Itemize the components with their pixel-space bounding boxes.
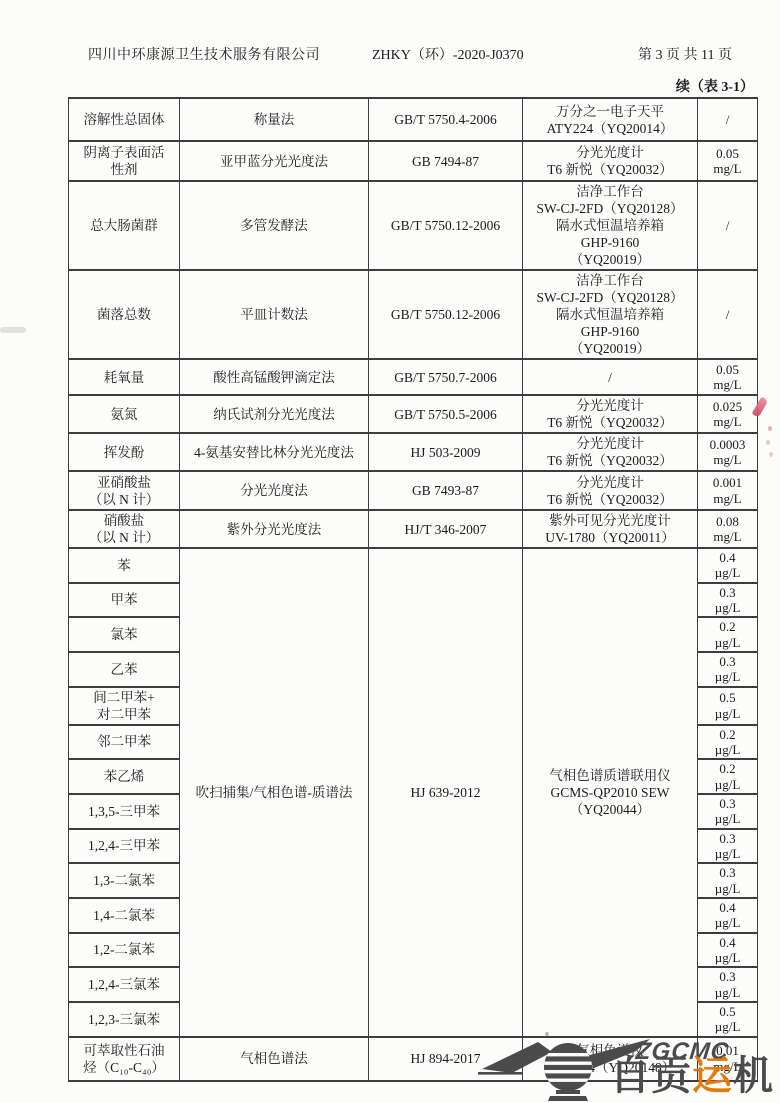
limit-cell: 0.2 µg/L <box>698 759 758 794</box>
method-cell: 纳氏试剂分光光度法 <box>180 395 369 433</box>
logo-chinese-text: 自贡运机 <box>610 1054 774 1098</box>
limit-cell: 0.4 µg/L <box>698 933 758 968</box>
company-logo: ZGCMC 自贡运机 <box>478 1026 780 1103</box>
instrument-cell: 分光光度计 T6 新悦（YQ20032） <box>523 395 698 433</box>
limit-cell: 0.3 µg/L <box>698 652 758 687</box>
limit-cell: 0.3 µg/L <box>698 829 758 864</box>
param-cell: 氨氮 <box>69 395 180 433</box>
document-number: ZHKY（环）-2020-J0370 <box>372 44 524 64</box>
table-caption: 续（表 3-1） <box>676 76 754 96</box>
method-cell: 分光光度法 <box>180 471 369 510</box>
instrument-cell: 分光光度计 T6 新悦（YQ20032） <box>523 433 698 471</box>
param-cell: 甲苯 <box>69 583 180 618</box>
table-row: 阴离子表面活 性剂 亚甲蓝分光光度法 GB 7494-87 分光光度计 T6 新… <box>69 141 758 181</box>
param-cell: 总大肠菌群 <box>69 181 180 270</box>
param-cell: 耗氧量 <box>69 359 180 395</box>
param-cell: 氯苯 <box>69 617 180 652</box>
instrument-cell: 洁净工作台 SW-CJ-2FD（YQ20128） 隔水式恒温培养箱 GHP-91… <box>523 181 698 270</box>
param-cell: 1,3,5-三甲苯 <box>69 794 180 829</box>
limit-cell: 0.3 µg/L <box>698 863 758 898</box>
param-cell: 菌落总数 <box>69 270 180 359</box>
method-cell: 平皿计数法 <box>180 270 369 359</box>
table-row: 菌落总数 平皿计数法 GB/T 5750.12-2006 洁净工作台 SW-CJ… <box>69 270 758 359</box>
table-row: 亚硝酸盐 （以 N 计） 分光光度法 GB 7493-87 分光光度计 T6 新… <box>69 471 758 510</box>
param-cell: 1,3-二氯苯 <box>69 863 180 898</box>
param-cell: 邻二甲苯 <box>69 725 180 760</box>
param-cell: 1,2,4-三甲苯 <box>69 829 180 864</box>
page-indicator: 第 3 页 共 11 页 <box>638 44 732 64</box>
param-cell: 间二甲苯+ 对二甲苯 <box>69 687 180 725</box>
method-cell: 4-氨基安替比林分光光度法 <box>180 433 369 471</box>
instrument-cell: 洁净工作台 SW-CJ-2FD（YQ20128） 隔水式恒温培养箱 GHP-91… <box>523 270 698 359</box>
method-cell: 气相色谱法 <box>180 1037 369 1081</box>
standard-cell: HJ/T 346-2007 <box>369 510 523 548</box>
instrument-cell: / <box>523 359 698 395</box>
limit-cell: 0.4 µg/L <box>698 898 758 933</box>
limit-cell: 0.2 µg/L <box>698 617 758 652</box>
instrument-cell-merged: 气相色谱质谱联用仪 GCMS-QP2010 SEW （YQ20044） <box>523 548 698 1037</box>
logo-cn-accent: 运 <box>692 1054 733 1098</box>
limit-cell: / <box>698 181 758 270</box>
param-cell: 可萃取性石油 烃（C₁₀-C₄₀） <box>69 1037 180 1081</box>
limit-cell: 0.001 mg/L <box>698 471 758 510</box>
limit-cell: 0.08 mg/L <box>698 510 758 548</box>
limit-cell: / <box>698 98 758 141</box>
table-row: 苯 吹扫捕集/气相色谱-质谱法 HJ 639-2012 气相色谱质谱联用仪 GC… <box>69 548 758 583</box>
param-cell: 1,2,3-三氯苯 <box>69 1002 180 1037</box>
table-row: 挥发酚 4-氨基安替比林分光光度法 HJ 503-2009 分光光度计 T6 新… <box>69 433 758 471</box>
param-cell: 1,2-二氯苯 <box>69 933 180 968</box>
param-cell: 1,4-二氯苯 <box>69 898 180 933</box>
limit-cell: 0.3 µg/L <box>698 794 758 829</box>
limit-cell: 0.05 mg/L <box>698 141 758 181</box>
table-row: 氨氮 纳氏试剂分光光度法 GB/T 5750.5-2006 分光光度计 T6 新… <box>69 395 758 433</box>
limit-cell: 0.0003 mg/L <box>698 433 758 471</box>
table-row: 总大肠菌群 多管发酵法 GB/T 5750.12-2006 洁净工作台 SW-C… <box>69 181 758 270</box>
logo-cn-prefix: 自贡 <box>610 1054 692 1098</box>
limit-cell: 0.4 µg/L <box>698 548 758 583</box>
instrument-cell: 分光光度计 T6 新悦（YQ20032） <box>523 141 698 181</box>
instrument-cell: 紫外可见分光光度计 UV-1780（YQ20011） <box>523 510 698 548</box>
param-cell: 1,2,4-三氯苯 <box>69 967 180 1002</box>
standard-cell: GB/T 5750.5-2006 <box>369 395 523 433</box>
instrument-cell: 万分之一电子天平 ATY224（YQ20014） <box>523 98 698 141</box>
limit-cell: / <box>698 270 758 359</box>
param-cell: 亚硝酸盐 （以 N 计） <box>69 471 180 510</box>
standard-cell: GB/T 5750.12-2006 <box>369 181 523 270</box>
red-pen-dot <box>768 426 772 431</box>
standard-cell: GB 7494-87 <box>369 141 523 181</box>
red-pen-dot <box>769 452 773 457</box>
param-cell: 硝酸盐 （以 N 计） <box>69 510 180 548</box>
standard-cell: GB/T 5750.12-2006 <box>369 270 523 359</box>
table-row: 溶解性总固体 称量法 GB/T 5750.4-2006 万分之一电子天平 ATY… <box>69 98 758 141</box>
standard-cell: HJ 503-2009 <box>369 433 523 471</box>
logo-cn-suffix: 机 <box>733 1054 774 1098</box>
method-cell: 酸性高锰酸钾滴定法 <box>180 359 369 395</box>
param-cell: 挥发酚 <box>69 433 180 471</box>
limit-cell: 0.5 µg/L <box>698 687 758 725</box>
standard-cell: GB 7493-87 <box>369 471 523 510</box>
company-name: 四川中环康源卫生技术服务有限公司 <box>88 44 320 64</box>
table-row: 硝酸盐 （以 N 计） 紫外分光光度法 HJ/T 346-2007 紫外可见分光… <box>69 510 758 548</box>
instrument-cell: 分光光度计 T6 新悦（YQ20032） <box>523 471 698 510</box>
limit-cell: 0.025 mg/L <box>698 395 758 433</box>
param-cell: 溶解性总固体 <box>69 98 180 141</box>
red-pen-dot <box>766 440 770 445</box>
method-cell-merged: 吹扫捕集/气相色谱-质谱法 <box>180 548 369 1037</box>
method-cell: 多管发酵法 <box>180 181 369 270</box>
table-row: 耗氧量 酸性高锰酸钾滴定法 GB/T 5750.7-2006 / 0.05 mg… <box>69 359 758 395</box>
method-cell: 紫外分光光度法 <box>180 510 369 548</box>
limit-cell: 0.2 µg/L <box>698 725 758 760</box>
scan-smudge <box>0 327 26 333</box>
param-cell: 乙苯 <box>69 652 180 687</box>
method-cell: 称量法 <box>180 98 369 141</box>
standard-cell: GB/T 5750.7-2006 <box>369 359 523 395</box>
test-methods-table: 溶解性总固体 称量法 GB/T 5750.4-2006 万分之一电子天平 ATY… <box>68 97 758 1082</box>
method-cell: 亚甲蓝分光光度法 <box>180 141 369 181</box>
standard-cell-merged: HJ 639-2012 <box>369 548 523 1037</box>
param-cell: 苯 <box>69 548 180 583</box>
limit-cell: 0.3 µg/L <box>698 583 758 618</box>
limit-cell: 0.3 µg/L <box>698 967 758 1002</box>
standard-cell: GB/T 5750.4-2006 <box>369 98 523 141</box>
param-cell: 阴离子表面活 性剂 <box>69 141 180 181</box>
param-cell: 苯乙烯 <box>69 759 180 794</box>
limit-cell: 0.05 mg/L <box>698 359 758 395</box>
